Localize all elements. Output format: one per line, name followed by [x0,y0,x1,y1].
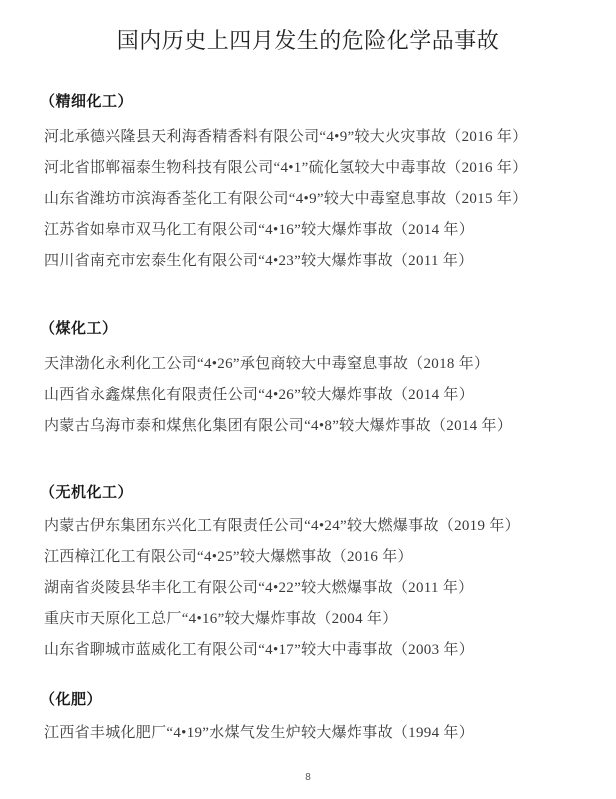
accident-item: 山西省永鑫煤焦化有限责任公司“4•26”较大爆炸事故（2014 年） [44,380,616,411]
page-title: 国内历史上四月发生的危险化学品事故 [0,26,616,56]
section-heading-inorganic-chemical: （无机化工） [40,482,616,504]
accident-item: 内蒙古伊东集团东兴化工有限责任公司“4•24”较大燃爆事故（2019 年） [44,511,616,542]
section-inorganic-chemical: （无机化工） 内蒙古伊东集团东兴化工有限责任公司“4•24”较大燃爆事故（201… [0,482,616,666]
accident-item: 河北承德兴隆县天利海香精香料有限公司“4•9”较大火灾事故（2016 年） [44,122,616,153]
section-fertilizer: （化肥） 江西省丰城化肥厂“4•19”水煤气发生炉较大爆炸事故（1994 年） [0,689,616,749]
accident-item: 内蒙古乌海市泰和煤焦化集团有限公司“4•8”较大爆炸事故（2014 年） [44,411,616,442]
accident-item: 四川省南充市宏泰生化有限公司“4•23”较大爆炸事故（2011 年） [44,246,616,277]
section-coal-chemical: （煤化工） 天津渤化永利化工公司“4•26”承包商较大中毒窒息事故（2018 年… [0,318,616,442]
section-fine-chemical: （精细化工） 河北承德兴隆县天利海香精香料有限公司“4•9”较大火灾事故（201… [0,91,616,277]
accident-item: 湖南省炎陵县华丰化工有限公司“4•22”较大燃爆事故（2011 年） [44,573,616,604]
section-heading-fertilizer: （化肥） [40,689,616,711]
accident-item: 河北省邯郸福泰生物科技有限公司“4•1”硫化氢较大中毒事故（2016 年） [44,153,616,184]
accident-item: 江西省丰城化肥厂“4•19”水煤气发生炉较大爆炸事故（1994 年） [44,718,616,749]
document-page: 国内历史上四月发生的危险化学品事故 （精细化工） 河北承德兴隆县天利海香精香料有… [0,0,616,799]
accident-list: 内蒙古伊东集团东兴化工有限责任公司“4•24”较大燃爆事故（2019 年） 江西… [0,511,616,666]
accident-list: 江西省丰城化肥厂“4•19”水煤气发生炉较大爆炸事故（1994 年） [0,718,616,749]
accident-item: 山东省潍坊市滨海香荃化工有限公司“4•9”较大中毒窒息事故（2015 年） [44,184,616,215]
section-heading-coal-chemical: （煤化工） [40,318,616,340]
accident-item: 江苏省如皋市双马化工有限公司“4•16”较大爆炸事故（2014 年） [44,215,616,246]
accident-item: 重庆市天原化工总厂“4•16”较大爆炸事故（2004 年） [44,604,616,635]
accident-list: 河北承德兴隆县天利海香精香料有限公司“4•9”较大火灾事故（2016 年） 河北… [0,122,616,277]
accident-item: 天津渤化永利化工公司“4•26”承包商较大中毒窒息事故（2018 年） [44,349,616,380]
section-heading-fine-chemical: （精细化工） [40,91,616,113]
page-number: 8 [0,771,616,785]
accident-item: 山东省聊城市蓝威化工有限公司“4•17”较大中毒事故（2003 年） [44,635,616,666]
accident-list: 天津渤化永利化工公司“4•26”承包商较大中毒窒息事故（2018 年） 山西省永… [0,349,616,442]
accident-item: 江西樟江化工有限公司“4•25”较大爆燃事故（2016 年） [44,542,616,573]
